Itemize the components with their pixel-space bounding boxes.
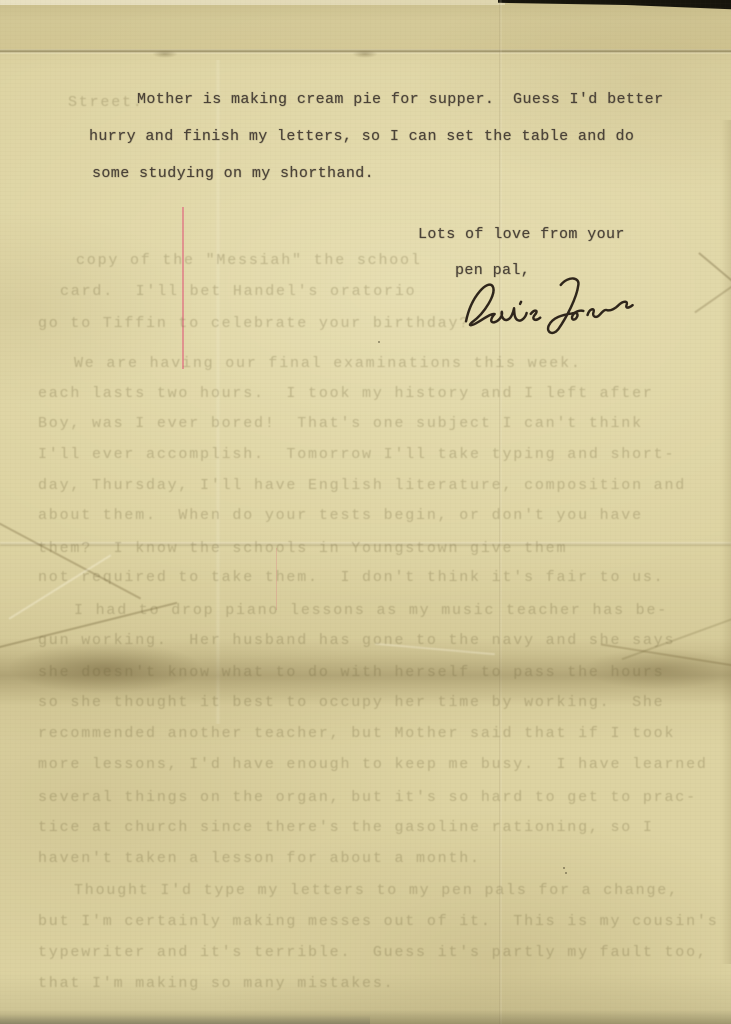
ghost-line: typewriter and it's terrible. Guess it's… — [38, 944, 708, 961]
ghost-line: she doesn't know what to do with herself… — [38, 664, 664, 681]
typed-line: Lots of love from your — [418, 226, 625, 243]
ghost-line: them? I know the schools in Youngstown g… — [38, 540, 567, 557]
ghost-line: I had to drop piano lessons as my music … — [74, 602, 668, 619]
ghost-line: about them. When do your tests begin, or… — [38, 507, 643, 524]
right-edge-shadow — [721, 120, 731, 964]
ghost-line: Boy, was I ever bored! That's one subjec… — [38, 415, 643, 432]
typed-line: some studying on my shorthand. — [92, 165, 374, 182]
ghost-line: We are having our final examinations thi… — [74, 355, 582, 372]
ghost-line: day, Thursday, I'll have English literat… — [38, 477, 686, 494]
typed-line: Mother is making cream pie for supper. G… — [137, 91, 663, 108]
ghost-line: tice at church since there's the gasolin… — [38, 819, 654, 836]
ghost-line: haven't taken a lesson for about a month… — [38, 850, 481, 867]
ghost-line: several things on the organ, but it's so… — [38, 789, 697, 806]
ghost-line: copy of the "Messiah" the school — [76, 252, 422, 269]
ghost-line: recommended another teacher, but Mother … — [38, 725, 675, 742]
ghost-line: but I'm certainly making messes out of i… — [38, 913, 719, 930]
ink-speck — [378, 341, 380, 343]
ghost-line: I'll ever accomplish. Tomorrow I'll take… — [38, 446, 675, 463]
ink-speck — [565, 872, 567, 874]
typed-line: hurry and finish my letters, so I can se… — [89, 128, 634, 145]
scan-edge-light — [0, 0, 505, 5]
ghost-line: go to Tiffin to celebrate your birthday? — [38, 315, 470, 332]
bottom-edge-gray — [0, 1015, 370, 1024]
ghost-line: that I'm making so many mistakes. — [38, 975, 394, 992]
ghost-line: not required to take them. I don't think… — [38, 569, 664, 586]
top-fold-flap — [0, 0, 731, 50]
ghost-line: more lessons, I'd have enough to keep me… — [38, 756, 708, 773]
ink-speck — [563, 867, 565, 869]
crease-dimple — [152, 50, 178, 58]
ghost-line: card. I'll bet Handel's oratorio — [60, 283, 416, 300]
ghost-line: so she thought it best to occupy her tim… — [38, 694, 664, 711]
ghost-line: each lasts two hours. I took my history … — [38, 385, 654, 402]
ghost-line: Thought I'd type my letters to my pen pa… — [74, 882, 679, 899]
signature — [452, 269, 644, 342]
scanned-letter: Street.copy of the "Messiah" the schoolc… — [0, 0, 731, 1024]
ghost-line: Street. — [68, 94, 144, 111]
ghost-line: gun working. Her husband has gone to the… — [38, 632, 675, 649]
crease-dimple — [352, 50, 378, 58]
